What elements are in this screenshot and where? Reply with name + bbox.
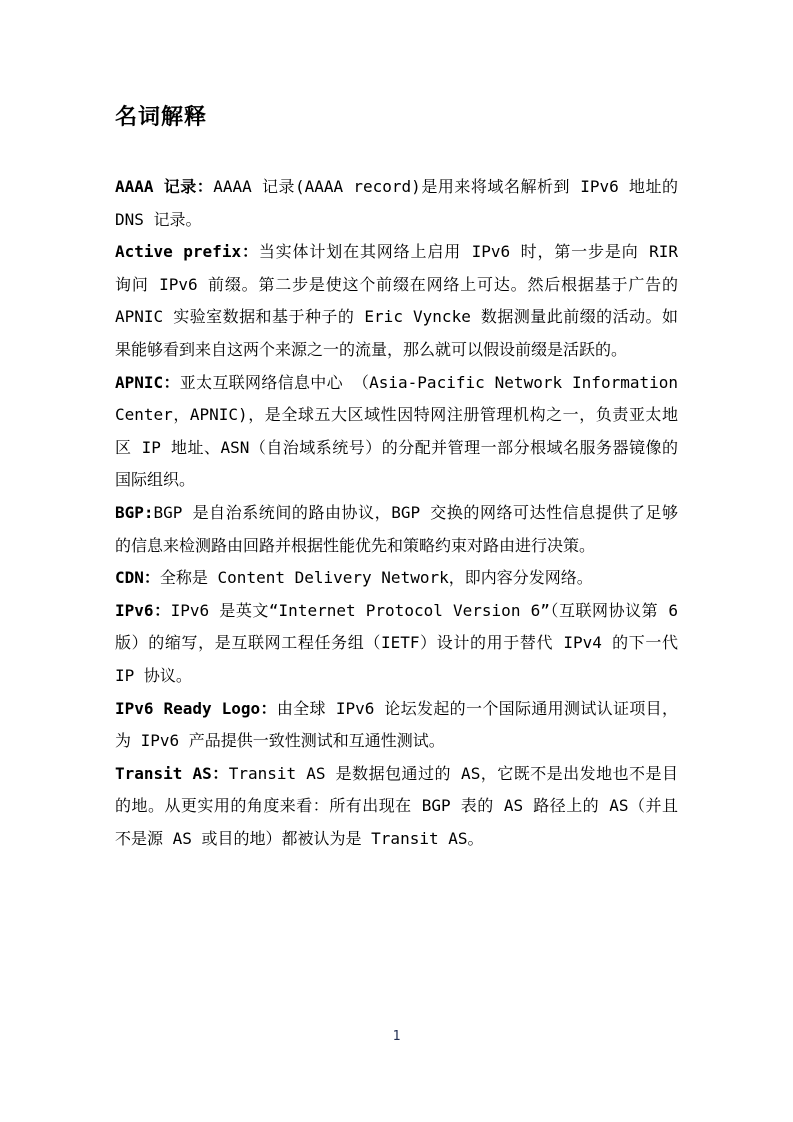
glossary-term: AAAA 记录： — [115, 177, 213, 196]
glossary-entry: BGP:BGP 是自治系统间的路由协议，BGP 交换的网络可达性信息提供了足够的… — [115, 497, 678, 562]
glossary-entry: IPv6 Ready Logo：由全球 IPv6 论坛发起的一个国际通用测试认证… — [115, 693, 678, 758]
glossary-entry: APNIC：亚太互联网络信息中心 （Asia-Pacific Network I… — [115, 367, 678, 497]
glossary-term: CDN： — [115, 568, 160, 587]
glossary-term: Active prefix： — [115, 242, 259, 261]
glossary-definition: IPv6 是英文“Internet Protocol Version 6”（互联… — [115, 601, 678, 685]
glossary-content: AAAA 记录：AAAA 记录(AAAA record)是用来将域名解析到 IP… — [115, 171, 678, 855]
page-title: 名词解释 — [115, 103, 678, 133]
glossary-entry: IPv6：IPv6 是英文“Internet Protocol Version … — [115, 595, 678, 693]
glossary-definition: 亚太互联网络信息中心 （Asia-Pacific Network Informa… — [115, 373, 678, 490]
glossary-term: IPv6 Ready Logo： — [115, 699, 277, 718]
glossary-term: IPv6： — [115, 601, 171, 620]
glossary-definition: BGP 是自治系统间的路由协议，BGP 交换的网络可达性信息提供了足够的信息来检… — [115, 503, 678, 555]
glossary-definition: 全称是 Content Delivery Network，即内容分发网络。 — [160, 568, 593, 587]
glossary-entry: AAAA 记录：AAAA 记录(AAAA record)是用来将域名解析到 IP… — [115, 171, 678, 236]
page-footer: 1 — [0, 1025, 793, 1044]
glossary-term: BGP: — [115, 503, 154, 522]
glossary-term: Transit AS： — [115, 764, 229, 783]
glossary-entry: Active prefix：当实体计划在其网络上启用 IPv6 时，第一步是向 … — [115, 236, 678, 366]
glossary-entry: Transit AS：Transit AS 是数据包通过的 AS，它既不是出发地… — [115, 758, 678, 856]
page-number: 1 — [393, 1029, 401, 1044]
glossary-term: APNIC： — [115, 373, 180, 392]
document-page: 名词解释 AAAA 记录：AAAA 记录(AAAA record)是用来将域名解… — [0, 0, 793, 1122]
glossary-entry: CDN：全称是 Content Delivery Network，即内容分发网络… — [115, 562, 678, 595]
